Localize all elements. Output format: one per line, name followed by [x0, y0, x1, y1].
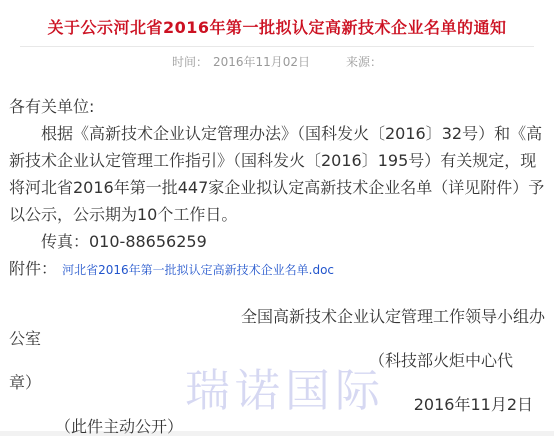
signature-date: 2016年11月2日: [9, 394, 545, 416]
meta-source-label: 来源：: [346, 55, 382, 69]
meta-time-label: 时间：: [172, 55, 208, 69]
signature-org-line1: 全国高新技术企业认定管理工作领导小组办: [9, 306, 545, 328]
notice-page: 关于公示河北省2016年第一批拟认定高新技术企业名单的通知 时间：2016年11…: [0, 0, 554, 436]
signature-block: 全国高新技术企业认定管理工作领导小组办 公室 （科技部火炬中心代 章） 2016…: [0, 306, 554, 436]
salutation: 各有关单位:: [9, 93, 545, 120]
signature-org-line2: 公室: [9, 328, 545, 350]
main-paragraph: 根据《高新技术企业认定管理办法》（国科发火〔2016〕32号）和《高新技术企业认…: [9, 120, 545, 228]
signature-seal-line2: 章）: [9, 372, 545, 394]
signature-seal-line1: （科技部火炬中心代: [9, 350, 545, 372]
attachment-doc-link[interactable]: 河北省2016年第一批拟认定高新技术企业名单.doc: [62, 263, 334, 277]
disclosure-note: （此件主动公开）: [9, 416, 545, 436]
attachment-line: 附件： 河北省2016年第一批拟认定高新技术企业名单.doc: [9, 255, 545, 284]
meta-time-value: 2016年11月02日: [213, 55, 310, 69]
meta-bar: 时间：2016年11月02日来源：: [0, 47, 554, 69]
attachment-label: 附件：: [9, 259, 57, 278]
fax-line: 传真：010-88656259: [9, 228, 545, 255]
page-title: 关于公示河北省2016年第一批拟认定高新技术企业名单的通知: [0, 0, 554, 37]
notice-body: 各有关单位: 根据《高新技术企业认定管理办法》（国科发火〔2016〕32号）和《…: [0, 93, 554, 284]
